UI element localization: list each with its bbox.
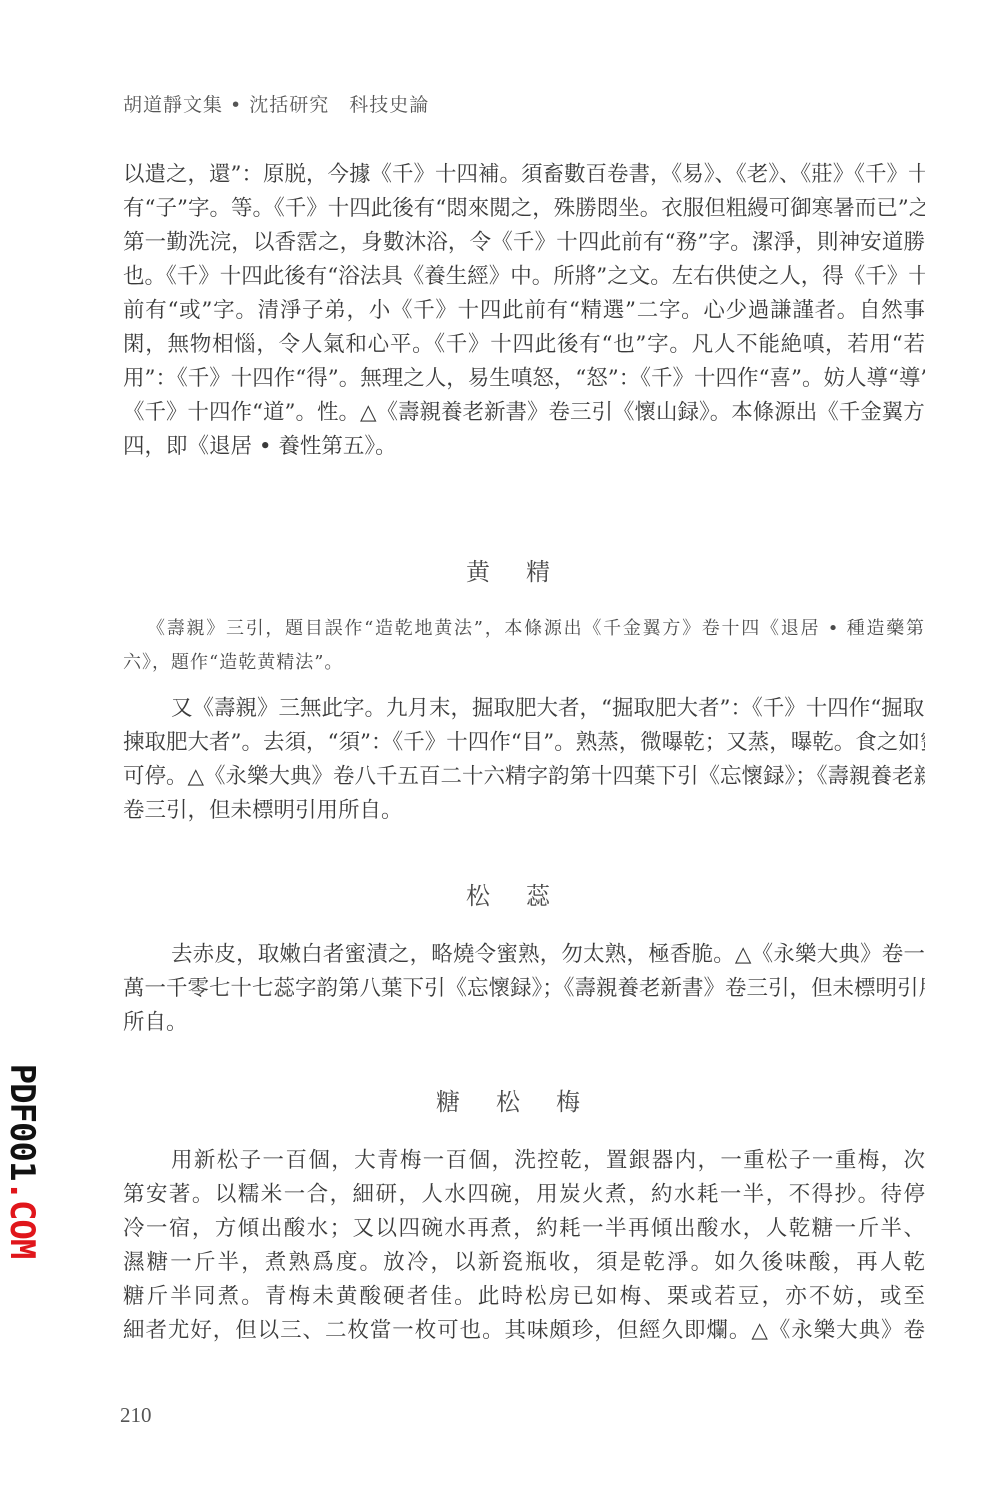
text-line: 又《壽親》三無此字。九月末，掘取肥大者，“掘取肥大者”：《千》十四作“掘取根， xyxy=(123,692,925,726)
watermark: PDF001.COM xyxy=(2,1066,42,1256)
watermark-part-red: .COM xyxy=(2,1180,42,1258)
text-line: 細者尤好，但以三、二枚當一枚可也。其味頗珍，但經久即爛。△《永樂大典》卷 xyxy=(123,1314,925,1348)
text-line: 冷一宿，方傾出酸水；又以四碗水再煮，約耗一半再傾出酸水，人乾糖一斤半、 xyxy=(123,1212,925,1246)
watermark-part-dark: PDF001 xyxy=(2,1064,42,1181)
text-line: 四，即《退居 • 養性第五》。 xyxy=(123,430,925,464)
section-title-songrui: 松蕊 xyxy=(0,876,1000,911)
text-line: 糖斤半同煮。青梅未黄酸硬者佳。此時松房已如梅、栗或若豆，亦不妨，或至 xyxy=(123,1280,925,1314)
section-body-tangsongmei: 用新松子一百個，大青梅一百個，洗控乾，置銀器内，一重松子一重梅，次 第安著。以糯… xyxy=(123,1144,925,1348)
section-body-huangjing: 又《壽親》三無此字。九月末，掘取肥大者，“掘取肥大者”：《千》十四作“掘取根， … xyxy=(123,692,925,828)
text-line: 用新松子一百個，大青梅一百個，洗控乾，置銀器内，一重松子一重梅，次 xyxy=(123,1144,925,1178)
text-line: 去赤皮，取嫩白者蜜漬之，略燒令蜜熟，勿太熟，極香脆。△《永樂大典》卷一 xyxy=(123,938,925,972)
text-line: 以遣之，還”：原脱，今據《千》十四補。須畜數百卷書，《易》、《老》、《莊》《千》… xyxy=(123,158,925,192)
running-head: 胡道靜文集 • 沈括研究 科技史論 xyxy=(123,90,429,117)
section-continuation: 以遣之，還”：原脱，今據《千》十四補。須畜數百卷書，《易》、《老》、《莊》《千》… xyxy=(123,158,925,464)
section-title-tangsongmei: 糖松梅 xyxy=(0,1082,1000,1117)
section-title-huangjing: 黄精 xyxy=(0,552,1000,587)
note-line: 《壽親》三引，題目誤作“造乾地黄法”，本條源出《千金翼方》卷十四《退居 • 種造… xyxy=(123,612,925,646)
text-line: 濕糖一斤半，煮熟爲度。放冷，以新瓷瓶收，須是乾淨。如久後味酸，再人乾 xyxy=(123,1246,925,1280)
text-line: 有“子”字。等。《千》十四此後有“悶來閲之，殊勝悶坐。衣服但粗縵可御寒暑而已”之… xyxy=(123,192,925,226)
text-line: 也。《千》十四此後有“浴法具《養生經》中。所將”之文。左右供使之人，得《千》十四… xyxy=(123,260,925,294)
text-line: 可停。△《永樂大典》卷八千五百二十六精字韵第十四葉下引《忘懷録》；《壽親養老新書… xyxy=(123,760,925,794)
text-line: 第安著。以糯米一合，細研，人水四碗，用炭火煮，約水耗一半，不得抄。待停 xyxy=(123,1178,925,1212)
note-line: 六》，題作“造乾黄精法”。 xyxy=(123,646,925,680)
page-number: 210 xyxy=(120,1403,152,1428)
text-line: 用”：《千》十四作“得”。無理之人，易生嗔怒，“怒”：《千》十四作“喜”。妨人導… xyxy=(123,362,925,396)
text-line: 前有“或”字。清淨子弟，小《千》十四此前有“精選”二字。心少過謙謹者。自然事 xyxy=(123,294,925,328)
text-line: 《千》十四作“道”。性。△《壽親養老新書》卷三引《懷山録》。本條源出《千金翼方》… xyxy=(123,396,925,430)
text-line: 閑，無物相惱，令人氣和心平。《千》十四此後有“也”字。凡人不能絶嗔，若用“若 xyxy=(123,328,925,362)
section-body-songrui: 去赤皮，取嫩白者蜜漬之，略燒令蜜熟，勿太熟，極香脆。△《永樂大典》卷一 萬一千零… xyxy=(123,938,925,1040)
section-note-huangjing: 《壽親》三引，題目誤作“造乾地黄法”，本條源出《千金翼方》卷十四《退居 • 種造… xyxy=(123,612,925,680)
text-line: 萬一千零七十七蕊字韵第八葉下引《忘懷録》；《壽親養老新書》卷三引，但未標明引用 xyxy=(123,972,925,1006)
text-line: 第一勤洗浣，以香霑之，身數沐浴，令《千》十四此前有“務”字。潔淨，則神安道勝 xyxy=(123,226,925,260)
text-line: 揀取肥大者”。去須，“須”：《千》十四作“目”。熟蒸，微曝乾；又蒸，曝乾。食之如… xyxy=(123,726,925,760)
watermark-text: PDF001.COM xyxy=(2,1064,42,1259)
text-line: 卷三引，但未標明引用所自。 xyxy=(123,794,925,828)
text-line: 所自。 xyxy=(123,1006,925,1040)
